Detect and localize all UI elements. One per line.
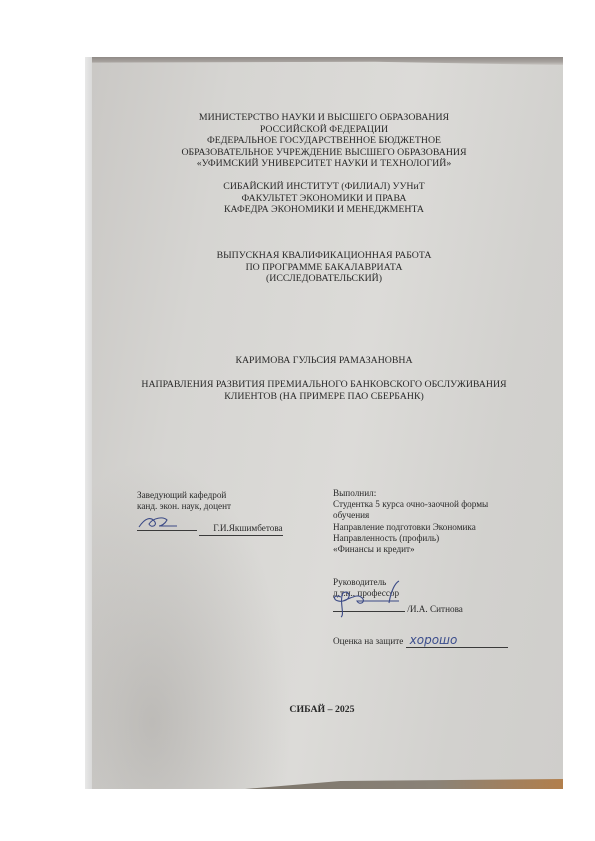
institute-block: СИБАЙСКИЙ ИНСТИТУТ (ФИЛИАЛ) УУНиТ ФАКУЛЬ…	[85, 181, 563, 216]
institute-line: ФАКУЛЬТЕТ ЭКОНОМИКИ И ПРАВА	[85, 193, 563, 205]
document-photo: МИНИСТЕРСТВО НАУКИ И ВЫСШЕГО ОБРАЗОВАНИЯ…	[85, 57, 563, 789]
header-line: «УФИМСКИЙ УНИВЕРСИТЕТ НАУКИ И ТЕХНОЛОГИЙ…	[85, 158, 563, 170]
head-of-department-block: Заведующий кафедрой канд. экон. наук, до…	[137, 490, 283, 536]
grade-field: хорошо	[406, 635, 508, 648]
supervisor-block: Руководитель д.т.н., профессор /И.А. Сит…	[333, 577, 508, 615]
title-line: КЛИЕНТОВ (НА ПРИМЕРЕ ПАО СБЕРБАНК)	[85, 391, 563, 403]
header-line: МИНИСТЕРСТВО НАУКИ И ВЫСШЕГО ОБРАЗОВАНИЯ	[85, 112, 563, 124]
grade-label: Оценка на защите	[333, 636, 403, 646]
performer-line: «Финансы и кредит»	[333, 544, 508, 555]
footer-text: СИБАЙ – 2025	[85, 704, 561, 716]
institute-line: КАФЕДРА ЭКОНОМИКИ И МЕНЕДЖМЕНТА	[85, 204, 563, 216]
institute-line: СИБАЙСКИЙ ИНСТИТУТ (ФИЛИАЛ) УУНиТ	[85, 181, 563, 193]
performer-line: Направленность (профиль)	[333, 533, 508, 544]
author-name: КАРИМОВА ГУЛЬСИЯ РАМАЗАНОВНА	[85, 355, 563, 367]
work-type-line: ПО ПРОГРАММЕ БАКАЛАВРИАТА	[85, 262, 563, 274]
hod-role: Заведующий кафедрой	[137, 490, 283, 501]
work-type-line: (ИССЛЕДОВАТЕЛЬСКИЙ)	[85, 273, 563, 285]
signature-icon	[329, 579, 419, 619]
grade-value: хорошо	[410, 633, 458, 647]
author-text: КАРИМОВА ГУЛЬСИЯ РАМАЗАНОВНА	[85, 355, 563, 367]
work-type-line: ВЫПУСКНАЯ КВАЛИФИКАЦИОННАЯ РАБОТА	[85, 250, 563, 262]
city-year: СИБАЙ – 2025	[85, 704, 561, 716]
ministry-header: МИНИСТЕРСТВО НАУКИ И ВЫСШЕГО ОБРАЗОВАНИЯ…	[85, 112, 563, 170]
header-line: ФЕДЕРАЛЬНОЕ ГОСУДАРСТВЕННОЕ БЮДЖЕТНОЕ	[85, 135, 563, 147]
signature-line	[137, 520, 197, 531]
work-type-block: ВЫПУСКНАЯ КВАЛИФИКАЦИОННАЯ РАБОТА ПО ПРО…	[85, 250, 563, 285]
table-surface	[245, 779, 563, 789]
performer-block: Выполнил: Студентка 5 курса очно-заочной…	[333, 488, 508, 648]
performer-label: Выполнил:	[333, 488, 508, 499]
title-line: НАПРАВЛЕНИЯ РАЗВИТИЯ ПРЕМИАЛЬНОГО БАНКОВ…	[85, 379, 563, 391]
hod-name: Г.И.Якшимбетова	[199, 523, 282, 535]
page-edge-top	[92, 57, 563, 65]
performer-line: Студентка 5 курса очно-заочной формы	[333, 499, 508, 510]
grade-block: Оценка на защите хорошо	[333, 635, 508, 648]
thesis-title: НАПРАВЛЕНИЯ РАЗВИТИЯ ПРЕМИАЛЬНОГО БАНКОВ…	[85, 379, 563, 402]
hod-degree: канд. экон. наук, доцент	[137, 501, 283, 512]
performer-line: Направление подготовки Экономика	[333, 522, 508, 533]
signature-line	[333, 601, 405, 612]
header-line: ОБРАЗОВАТЕЛЬНОЕ УЧРЕЖДЕНИЕ ВЫСШЕГО ОБРАЗ…	[85, 147, 563, 159]
signature-icon	[137, 514, 197, 530]
header-line: РОССИЙСКОЙ ФЕДЕРАЦИИ	[85, 124, 563, 136]
performer-line: обучения	[333, 510, 508, 521]
